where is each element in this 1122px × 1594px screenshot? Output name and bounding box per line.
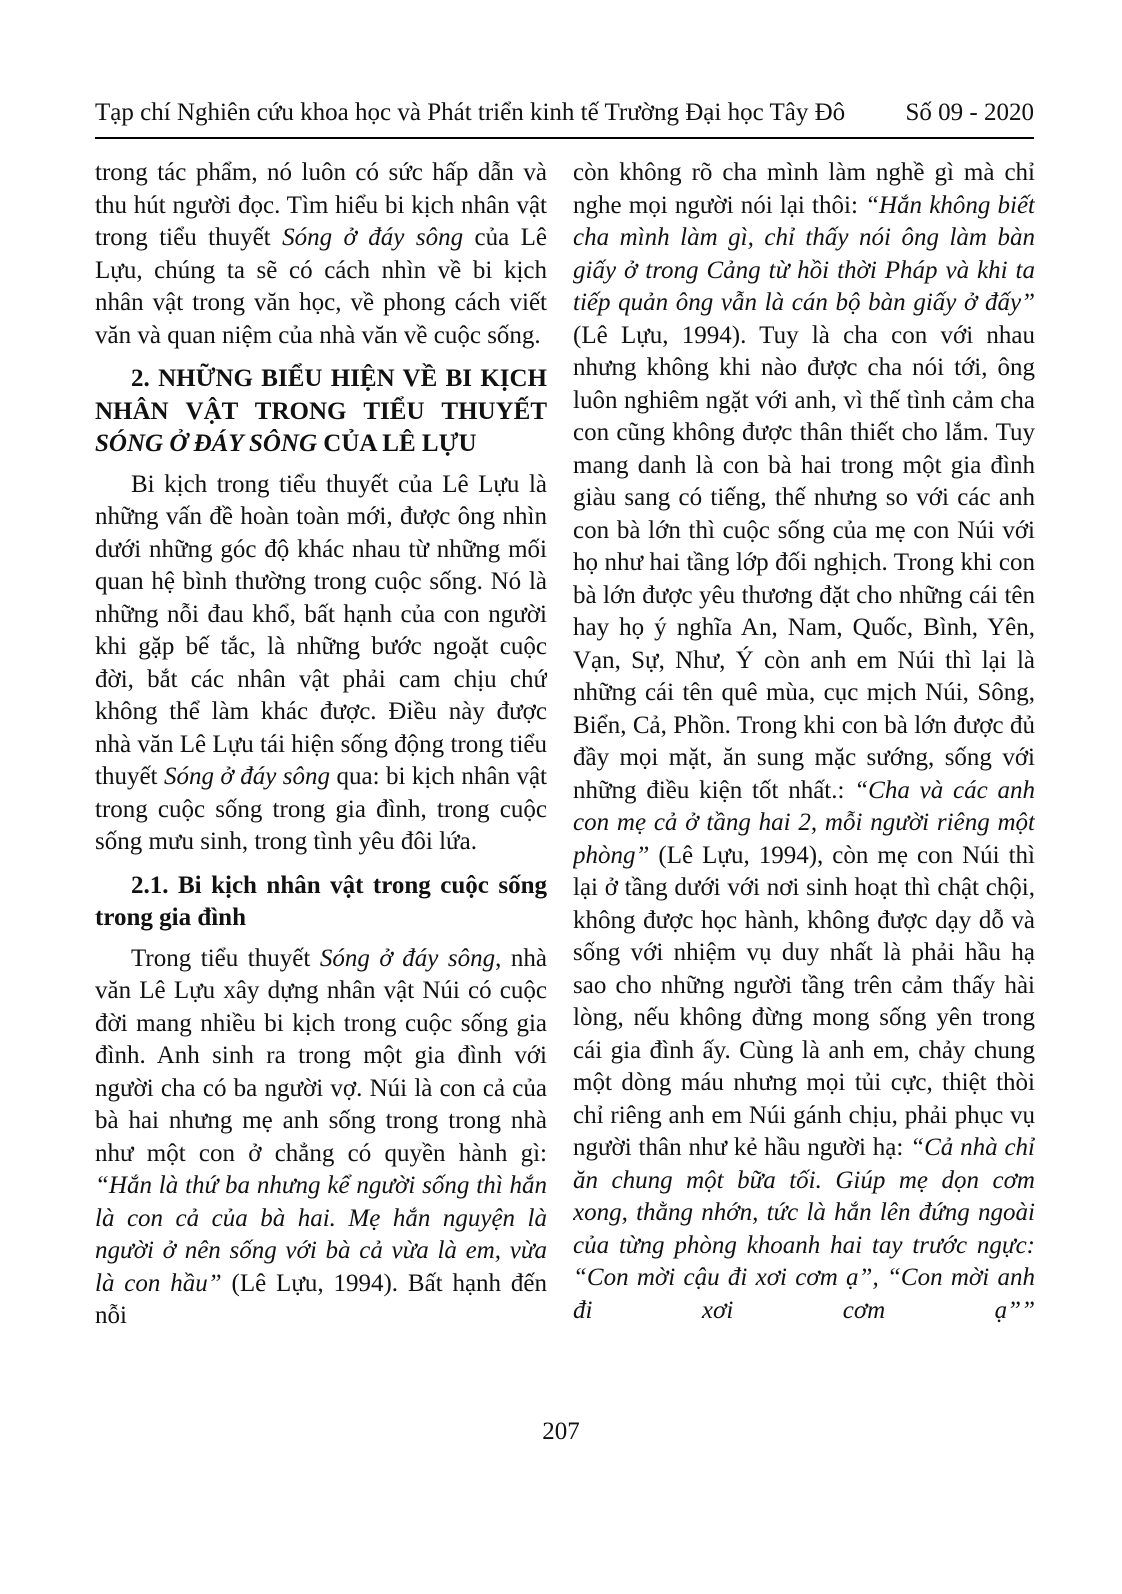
text-run: CỦA LÊ LỰU bbox=[317, 430, 477, 457]
text-run: Sóng ở đáy sông bbox=[320, 945, 495, 972]
left-column: trong tác phẩm, nó luôn có sức hấp dẫn v… bbox=[95, 157, 547, 1405]
page-number: 207 bbox=[542, 1418, 580, 1445]
document-page: Tạp chí Nghiên cứu khoa học và Phát triể… bbox=[0, 0, 1122, 1594]
section-heading-2: 2. NHỮNG BIỂU HIỆN VỀ BI KỊCH NHÂN VẬT T… bbox=[95, 363, 547, 461]
text-run: 2. NHỮNG BIỂU HIỆN VỀ BI KỊCH NHÂN VẬT T… bbox=[95, 365, 547, 425]
paragraph-section-2-intro: Bi kịch trong tiểu thuyết của Lê Lựu là … bbox=[95, 469, 547, 859]
page-header: Tạp chí Nghiên cứu khoa học và Phát triể… bbox=[95, 98, 1034, 139]
text-run: “Cả nhà chỉ ăn chung một bữa tối. Giúp m… bbox=[573, 1134, 1035, 1324]
text-run: Sóng ở đáy sông bbox=[164, 763, 330, 790]
journal-title: Tạp chí Nghiên cứu khoa học và Phát triể… bbox=[95, 98, 845, 128]
two-column-body: trong tác phẩm, nó luôn có sức hấp dẫn v… bbox=[95, 157, 1035, 1405]
text-run: Sóng ở đáy sông bbox=[282, 224, 463, 251]
text-run: (Lê Lựu, 1994), còn mẹ con Núi thì lại ở… bbox=[573, 842, 1035, 1162]
text-run: , nhà văn Lê Lựu xây dựng nhân vật Núi c… bbox=[95, 945, 547, 1167]
text-run: (Lê Lựu, 1994). Tuy là cha con với nhau … bbox=[573, 322, 1035, 804]
text-run: Bi kịch trong tiểu thuyết của Lê Lựu là … bbox=[95, 471, 547, 791]
right-column: còn không rõ cha mình làm nghề gì mà chỉ… bbox=[573, 157, 1035, 1405]
text-run: SÓNG Ở ĐÁY SÔNG bbox=[95, 430, 317, 457]
paragraph-section-2-1-start: Trong tiểu thuyết Sóng ở đáy sông, nhà v… bbox=[95, 943, 547, 1333]
text-run: Trong tiểu thuyết bbox=[131, 945, 320, 972]
text-run: 2.1. Bi kịch nhân vật trong cuộc sống tr… bbox=[95, 872, 547, 932]
paragraph-section-2-1-continued: còn không rõ cha mình làm nghề gì mà chỉ… bbox=[573, 157, 1035, 1327]
page-footer: 207 bbox=[0, 1418, 1122, 1446]
issue-number: Số 09 - 2020 bbox=[906, 98, 1034, 128]
section-heading-2-1: 2.1. Bi kịch nhân vật trong cuộc sống tr… bbox=[95, 870, 547, 935]
paragraph-continued-from-previous-page: trong tác phẩm, nó luôn có sức hấp dẫn v… bbox=[95, 157, 547, 352]
